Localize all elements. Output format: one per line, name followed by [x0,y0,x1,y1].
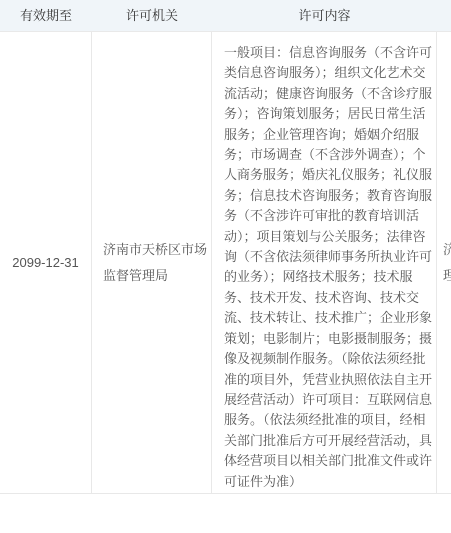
cell-license-content: 一般项目：信息咨询服务（不含许可类信息咨询服务）；组织文化艺术交流活动；健康咨询… [212,32,437,493]
header-cell-content: 许可内容 [212,0,437,31]
authority-name: 济南市天桥区市场监督管理局 [103,237,207,289]
license-table-row: 2099-12-31 济南市天桥区市场监督管理局 一般项目：信息咨询服务（不含许… [0,32,451,494]
header-cell-clipped [437,0,451,31]
header-cell-valid-until: 有效期至 [0,0,92,31]
clipped-authority-name: 济南市天桥区市场监督管理局 [443,237,451,289]
license-table: 有效期至 许可机关 许可内容 2099-12-31 济南市天桥区市场监督管理局 … [0,0,451,494]
header-cell-authority: 许可机关 [92,0,212,31]
table-header-row: 有效期至 许可机关 许可内容 [0,0,451,32]
cell-authority: 济南市天桥区市场监督管理局 [92,32,212,493]
valid-until-value: 2099-12-31 [12,255,79,270]
license-table-screen: 有效期至 许可机关 许可内容 2099-12-31 济南市天桥区市场监督管理局 … [0,0,451,533]
cell-valid-until: 2099-12-31 [0,32,92,493]
cell-clipped-next-column: 济南市天桥区市场监督管理局 [437,32,451,493]
